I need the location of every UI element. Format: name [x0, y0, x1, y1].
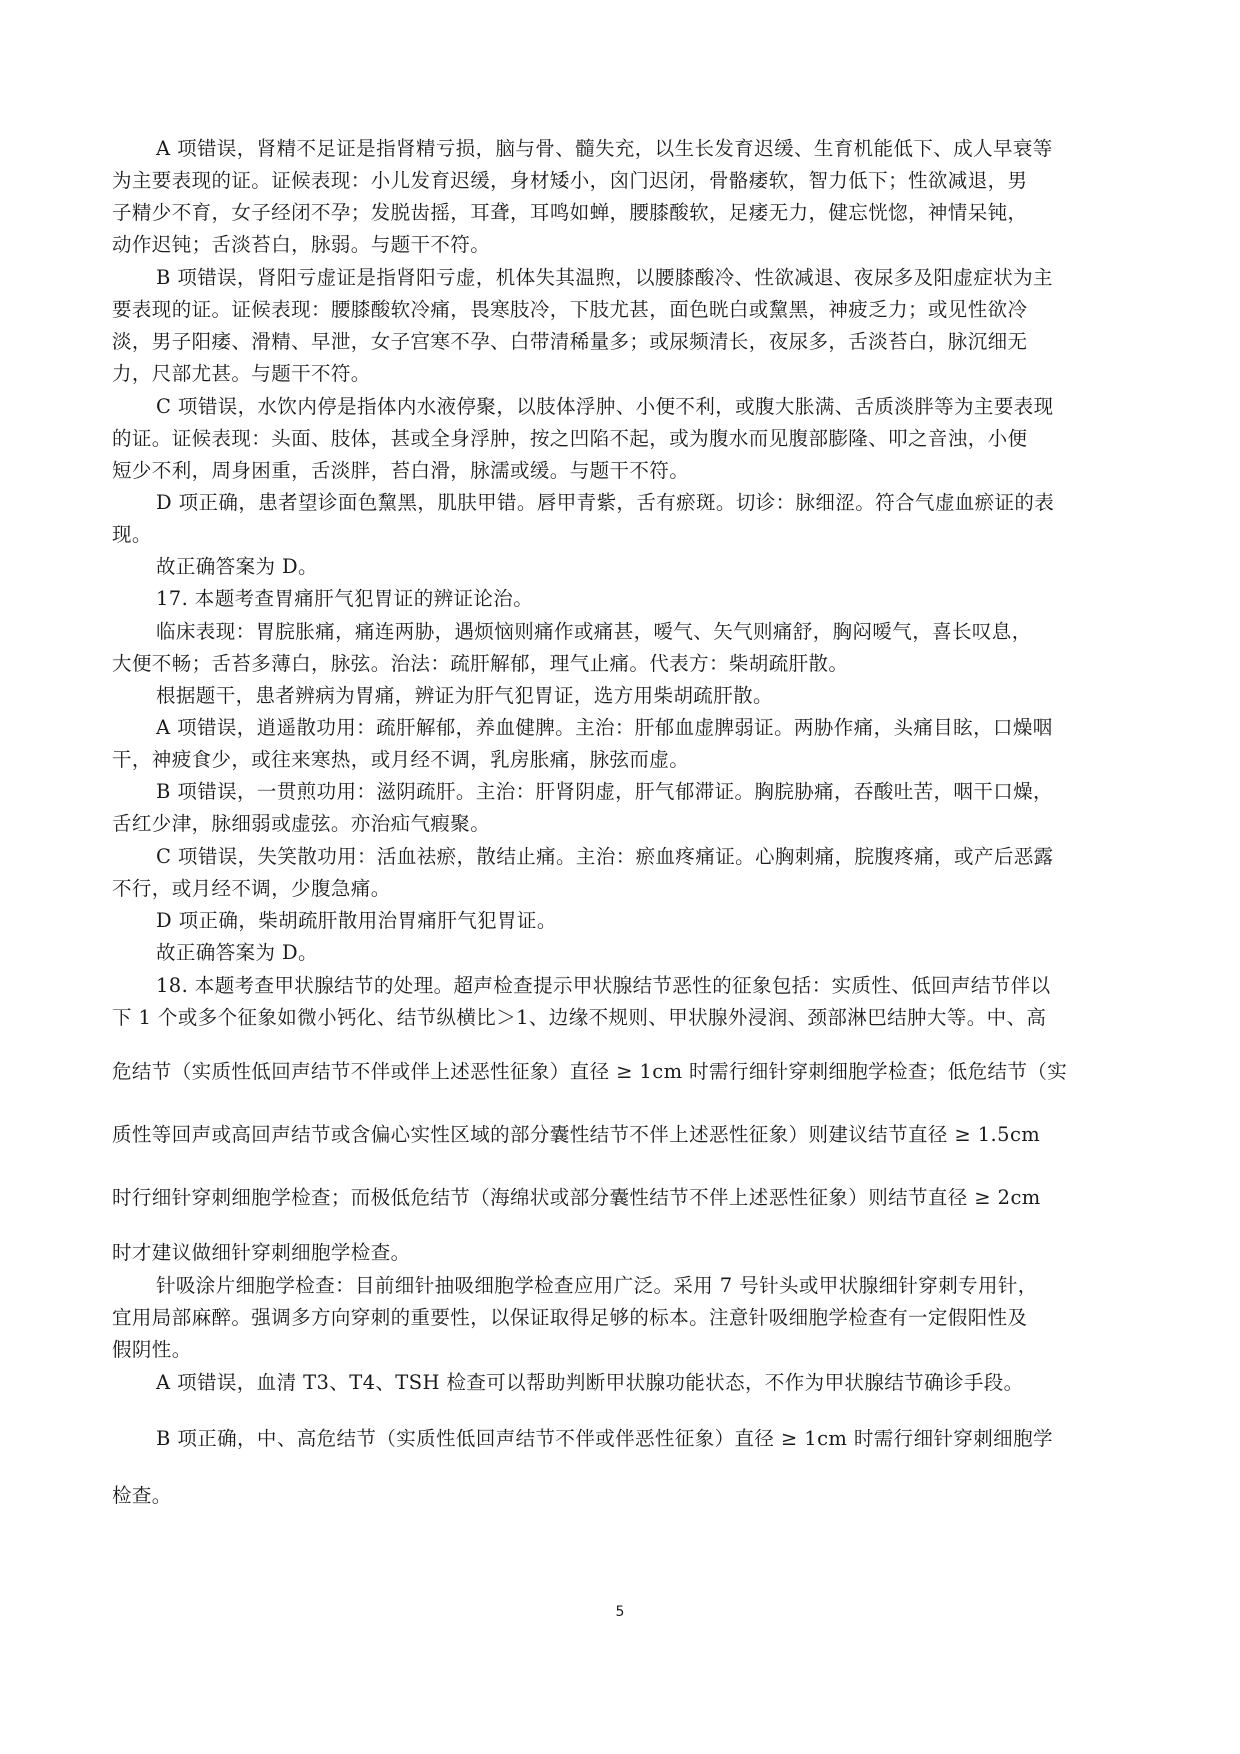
- text-line: C 项错误，失笑散功用：活血祛瘀，散结止痛。主治：瘀血疼痛证。心胸刺痛，脘腹疼痛…: [156, 842, 1054, 872]
- text-line: 宜用局部麻醉。强调多方向穿刺的重要性，以保证取得足够的标本。注意针吸细胞学检查有…: [112, 1303, 1027, 1333]
- text-line: 临床表现：胃脘胀痛，痛连两胁，遇烦恼则痛作或痛甚，嗳气、矢气则痛舒，胸闷嗳气，喜…: [156, 617, 1032, 647]
- text-line: 故正确答案为 D。: [156, 938, 318, 968]
- document-page: A 项错误，肾精不足证是指肾精亏损，脑与骨、髓失充，以生长发育迟缓、生育机能低下…: [0, 0, 1240, 1754]
- text-line: 危结节（实质性低回声结节不伴或伴上述恶性征象）直径 ≥ 1cm 时需行细针穿刺细…: [112, 1057, 1067, 1087]
- text-line: 力，尺部尤甚。与题干不符。: [112, 359, 371, 389]
- text-line: 淡，男子阳痿、滑精、早泄，女子宫寒不孕、白带清稀量多；或尿频清长，夜尿多，舌淡苔…: [112, 327, 1027, 357]
- text-line: 时行细针穿刺细胞学检查；而极低危结节（海绵状或部分囊性结节不伴上述恶性征象）则结…: [112, 1183, 1041, 1213]
- text-line: 检查。: [112, 1481, 172, 1511]
- text-line: B 项错误，一贯煎功用：滋阴疏肝。主治：肝肾阴虚，肝气郁滞证。胸脘胁痛，吞酸吐苦…: [156, 777, 1053, 807]
- text-line: 现。: [112, 520, 152, 550]
- text-line: D 项正确，柴胡疏肝散用治胃痛肝气犯胃证。: [156, 906, 557, 936]
- text-line: 针吸涂片细胞学检查：目前细针抽吸细胞学检查应用广泛。采用 7 号针头或甲状腺细针…: [156, 1271, 1038, 1301]
- text-line: 子精少不育，女子经闭不孕；发脱齿摇，耳聋，耳鸣如蝉，腰膝酸软，足痿无力，健忘恍惚…: [112, 198, 1027, 228]
- text-line: C 项错误，水饮内停是指体内水液停聚，以肢体浮肿、小便不利，或腹大胀满、舌质淡胖…: [156, 392, 1054, 422]
- text-line: 不行，或月经不调，少腹急痛。: [112, 874, 391, 904]
- text-line: 干，神疲食少，或往来寒热，或月经不调，乳房胀痛，脉弦而虚。: [112, 745, 689, 775]
- text-line: A 项错误，逍遥散功用：疏肝解郁，养血健脾。主治：肝郁血虚脾弱证。两胁作痛，头痛…: [156, 713, 1053, 743]
- text-line: 故正确答案为 D。: [156, 552, 318, 582]
- text-line: B 项错误，肾阳亏虚证是指肾阳亏虚，机体失其温煦，以腰膝酸冷、性欲减退、夜尿多及…: [156, 263, 1053, 293]
- text-line: A 项错误，肾精不足证是指肾精亏损，脑与骨、髓失充，以生长发育迟缓、生育机能低下…: [156, 134, 1053, 164]
- text-line: A 项错误，血清 T3、T4、TSH 检查可以帮助判断甲状腺功能状态，不作为甲状…: [156, 1368, 1024, 1398]
- text-line: 动作迟钝；舌淡苔白，脉弱。与题干不符。: [112, 230, 490, 260]
- text-line: 下 1 个或多个征象如微小钙化、结节纵横比＞1、边缘不规则、甲状腺外浸润、颈部淋…: [112, 1003, 1046, 1033]
- text-line: 短少不利，周身困重，舌淡胖，苔白滑，脉濡或缓。与题干不符。: [112, 456, 689, 486]
- text-line: 大便不畅；舌苔多薄白，脉弦。治法：疏肝解郁，理气止痛。代表方：柴胡疏肝散。: [112, 649, 848, 679]
- text-line: 18. 本题考查甲状腺结节的处理。超声检查提示甲状腺结节恶性的征象包括：实质性、…: [156, 971, 1051, 1001]
- text-line: 的证。证候表现：头面、肢体，甚或全身浮肿，按之凹陷不起，或为腹水而见腹部膨隆、叩…: [112, 424, 1027, 454]
- text-line: 根据题干，患者辨病为胃痛，辨证为肝气犯胃证，选方用柴胡疏肝散。: [156, 681, 773, 711]
- text-line: 舌红少津，脉细弱或虚弦。亦治疝气瘕聚。: [112, 809, 490, 839]
- text-line: 为主要表现的证。证候表现：小儿发育迟缓，身材矮小，囟门迟闭，骨骼痿软，智力低下；…: [112, 166, 1027, 196]
- page-number: 5: [0, 1604, 1240, 1620]
- text-line: 假阴性。: [112, 1335, 192, 1365]
- text-line: 要表现的证。证候表现：腰膝酸软冷痛，畏寒肢冷，下肢尤甚，面色晄白或黧黑，神疲乏力…: [112, 295, 1027, 325]
- text-line: 17. 本题考查胃痛肝气犯胃证的辨证论治。: [156, 584, 533, 614]
- text-line: D 项正确，患者望诊面色黧黑，肌肤甲错。唇甲青紫，舌有瘀斑。切诊：脉细涩。符合气…: [156, 488, 1054, 518]
- text-line: B 项正确，中、高危结节（实质性低回声结节不伴或伴恶性征象）直径 ≥ 1cm 时…: [156, 1424, 1053, 1454]
- text-line: 时才建议做细针穿刺细胞学检查。: [112, 1238, 411, 1268]
- text-line: 质性等回声或高回声结节或含偏心实性区域的部分囊性结节不伴上述恶性征象）则建议结节…: [112, 1120, 1040, 1150]
